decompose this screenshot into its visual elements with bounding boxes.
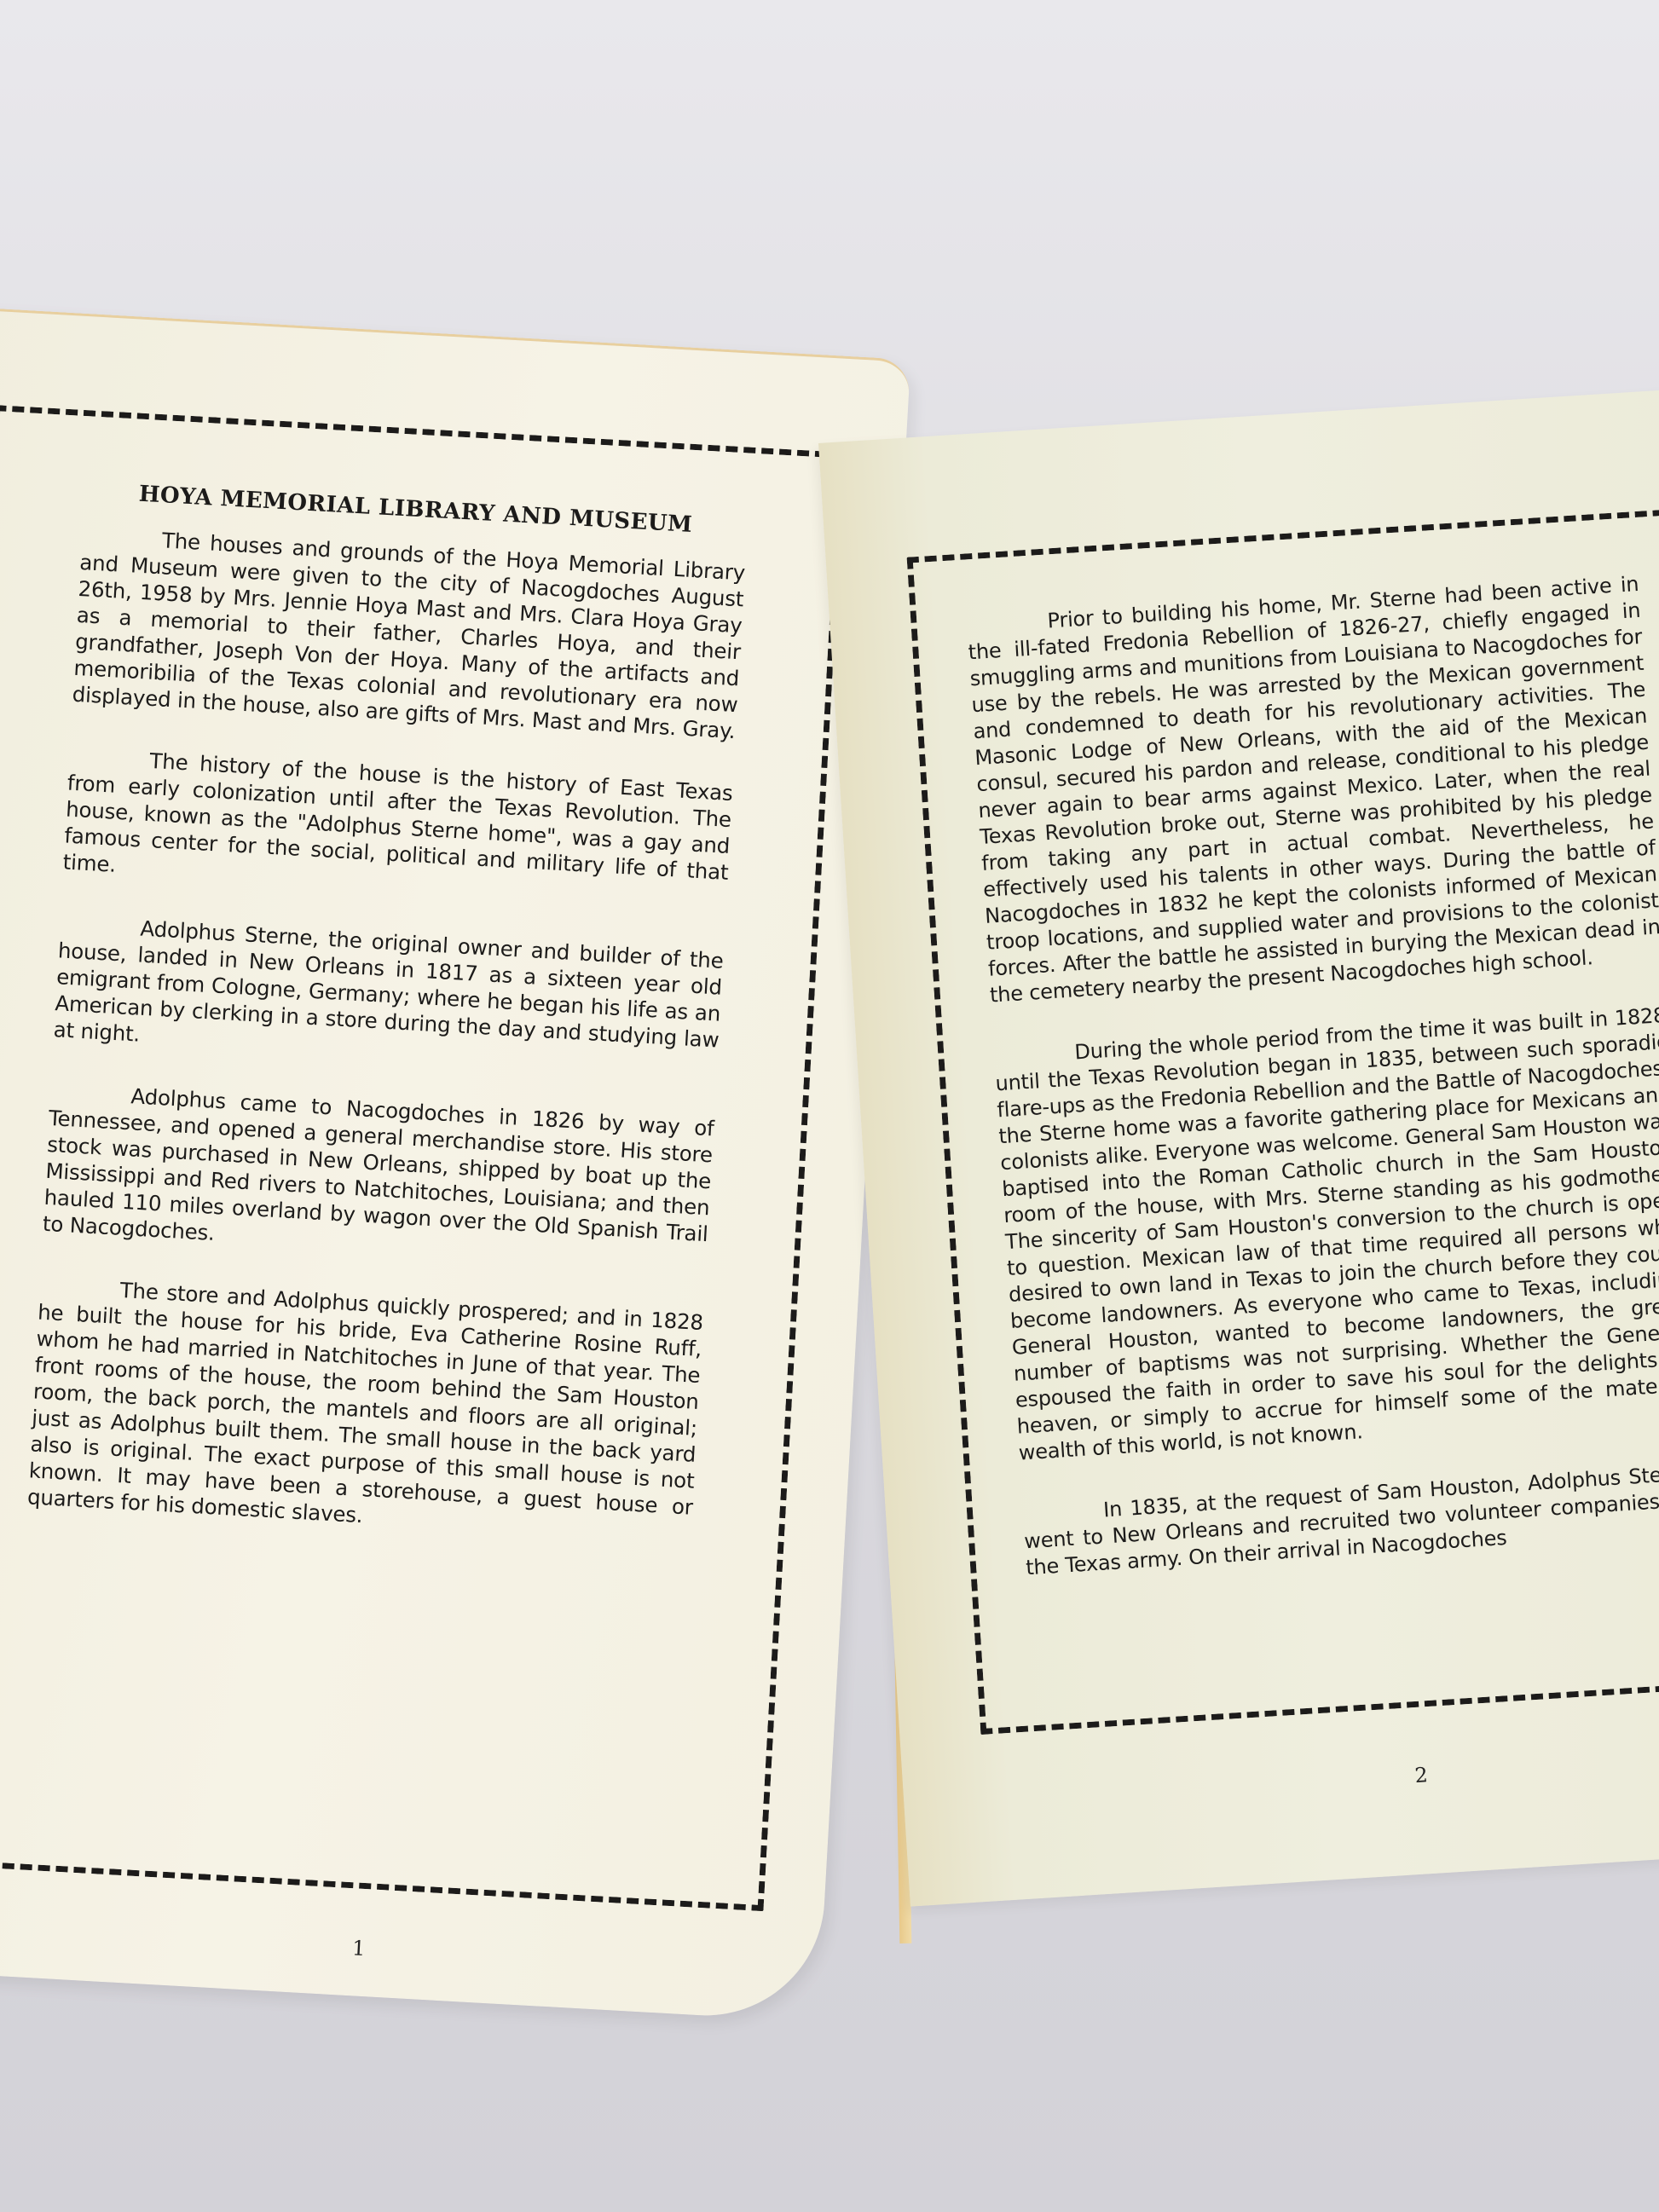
paragraph: Prior to building his home, Mr. Sterne h…: [966, 571, 1659, 1009]
right-page-content: Prior to building his home, Mr. Sterne h…: [966, 571, 1659, 1617]
paragraph: The houses and grounds of the Hoya Memor…: [72, 523, 746, 744]
page-number: 2: [1414, 1763, 1429, 1788]
paragraph: Adolphus came to Nacogdoches in 1826 by …: [42, 1078, 714, 1273]
page-number: 1: [351, 1936, 366, 1961]
paragraph: In 1835, at the request of Sam Houston, …: [1021, 1460, 1659, 1581]
paragraph: During the whole period from the time it…: [993, 1002, 1659, 1467]
paragraph: Adolphus Sterne, the original owner and …: [53, 910, 724, 1079]
left-page-content: HOYA MEMORIAL LIBRARY AND MUSEUM The hou…: [25, 478, 749, 1583]
open-booklet: HOYA MEMORIAL LIBRARY AND MUSEUM The hou…: [0, 0, 1659, 2212]
paragraph: The history of the house is the history …: [62, 743, 733, 912]
left-page: HOYA MEMORIAL LIBRARY AND MUSEUM The hou…: [0, 307, 910, 2022]
right-page: Prior to building his home, Mr. Sterne h…: [818, 388, 1659, 1907]
paragraph: The store and Adolphus quickly prospered…: [26, 1273, 703, 1547]
